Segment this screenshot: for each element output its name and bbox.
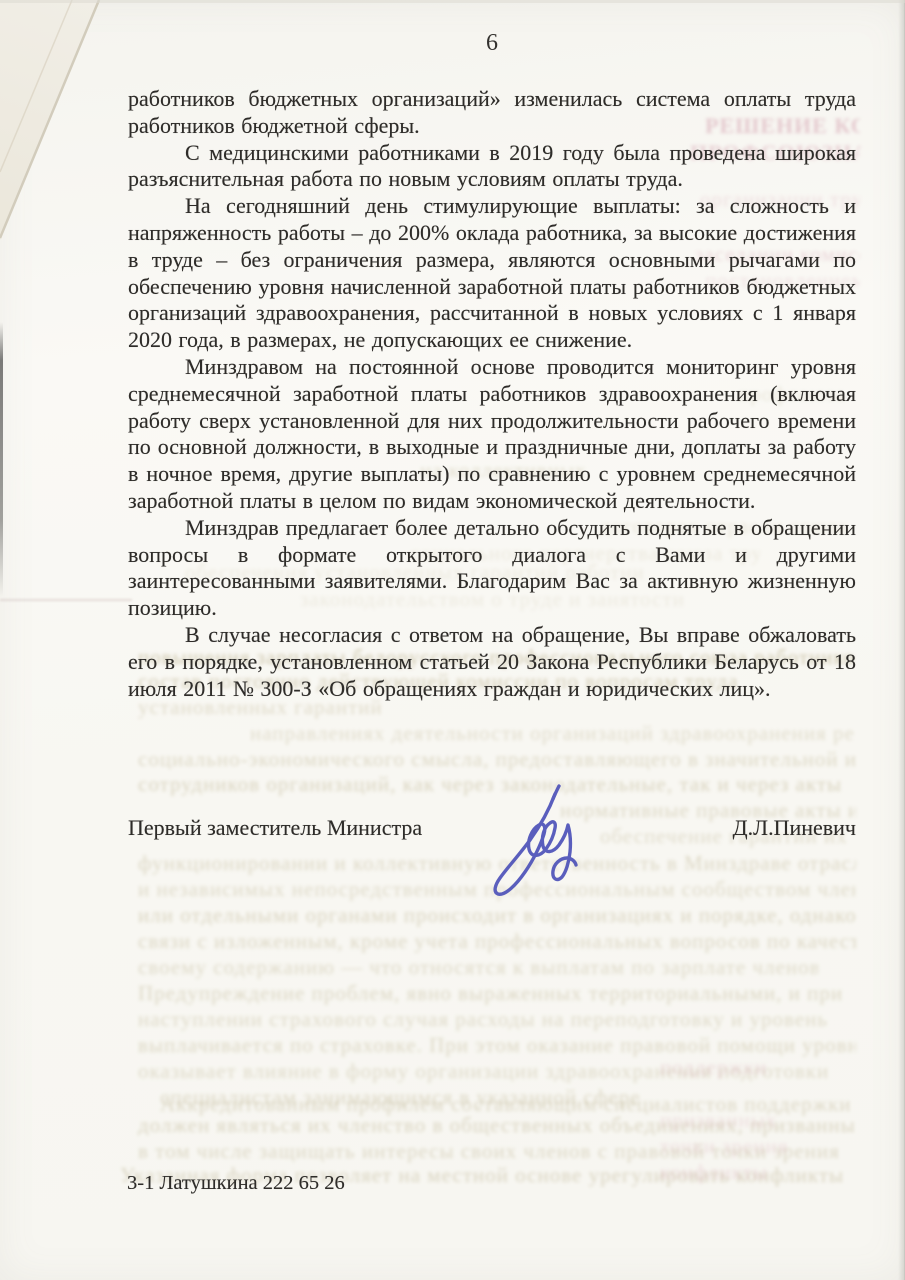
paragraph: Минздрав предлагает более детально обсуд…: [128, 515, 856, 622]
paragraph: работников бюджетных организаций» измени…: [128, 86, 856, 140]
page-number: 6: [128, 30, 856, 57]
paragraph: На сегодняшний день стимулирующие выплат…: [128, 193, 856, 354]
bleed-through-line: конфликты: [660, 1160, 856, 1185]
bleed-through-line: наступлении страхового случая расходы на…: [138, 1007, 838, 1032]
signatory-title: Первый заместитель Министра: [128, 815, 422, 841]
paragraph: С медицинскими работниками в 2019 году б…: [128, 140, 856, 194]
body-text: работников бюджетных организаций» измени…: [128, 86, 856, 702]
bleed-through-line: точки зрения: [660, 1134, 856, 1159]
bleed-through-line: направлениях деятельности организаций зд…: [250, 721, 856, 746]
executor-reference: 3-1 Латушкина 222 65 26: [127, 1172, 345, 1195]
signatory-name: Д.Л.Пиневич: [733, 815, 856, 841]
bleed-through-line: призванных: [660, 1108, 856, 1133]
paragraph: В случае несогласия с ответом на обращен…: [128, 622, 856, 702]
bleed-through-line: Предупреждение проблем, явно выраженных …: [138, 981, 856, 1006]
scanned-letter-page: РЕШЕНИЕ КОМИССИИПРОФСОЮЗНАЯ РАБорганизац…: [0, 0, 905, 1280]
bleed-through-line: поддержки: [660, 1055, 856, 1080]
bleed-through-line: связи с изложенным, кроме учета професси…: [138, 929, 856, 954]
bleed-through-line: социально-экономического смысла, предост…: [138, 747, 856, 772]
bleed-through-line: своему содержанию — что относятся к выпл…: [138, 955, 818, 980]
paragraph: Минздравом на постоянной основе проводит…: [128, 354, 856, 515]
handwritten-signature: [483, 780, 608, 915]
